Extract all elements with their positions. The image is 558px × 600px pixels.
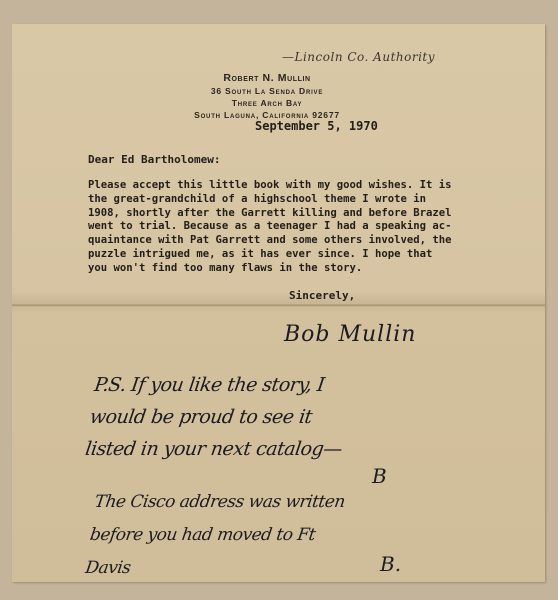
salutation: Dear Ed Bartholomew:	[88, 153, 220, 166]
body-line: 1908, shortly after the Garrett killing …	[88, 207, 528, 221]
body-line: the great-grandchild of a highschool the…	[88, 193, 528, 207]
postscript-line: before you had moved to Ft	[88, 519, 343, 552]
letterhead-name: Robert N. Mullin	[182, 72, 352, 85]
body-line: Please accept this little book with my g…	[88, 179, 528, 193]
second-postscript: The Cisco address was written before you…	[83, 486, 347, 585]
handwritten-annotation: —Lincoln Co. Authority	[282, 50, 435, 64]
signature: Bob Mullin	[284, 322, 416, 347]
postscript-line: Davis	[83, 552, 338, 585]
paper-fold	[12, 304, 545, 307]
postscript-line: would be proud to see it	[88, 401, 349, 433]
second-postscript-initial: B.	[380, 552, 401, 576]
body-line: puzzle intrigued me, as it has ever sinc…	[88, 248, 528, 262]
body-line: quaintance with Pat Garrett and some oth…	[88, 234, 528, 248]
body-line: went to trial. Because as a teenager I h…	[88, 220, 528, 234]
postscript-initial: B	[372, 464, 387, 488]
letterhead: Robert N. Mullin 36 South La Senda Drive…	[182, 72, 352, 121]
closing: Sincerely,	[289, 289, 355, 302]
letter-body: Please accept this little book with my g…	[88, 179, 528, 276]
postscript: P.S. If you like the story, I would be p…	[83, 369, 353, 465]
letter-date: September 5, 1970	[255, 119, 378, 133]
letterhead-address-line: 36 South La Senda Drive	[182, 85, 352, 97]
postscript-line: The Cisco address was written	[92, 486, 347, 519]
body-line: you won't find too many flaws in the sto…	[88, 262, 528, 276]
postscript-line: P.S. If you like the story, I	[92, 369, 353, 401]
letterhead-address-line: Three Arch Bay	[182, 97, 352, 109]
postscript-line: listed in your next catalog—	[83, 433, 344, 465]
letter-paper: —Lincoln Co. Authority Robert N. Mullin …	[12, 24, 545, 582]
